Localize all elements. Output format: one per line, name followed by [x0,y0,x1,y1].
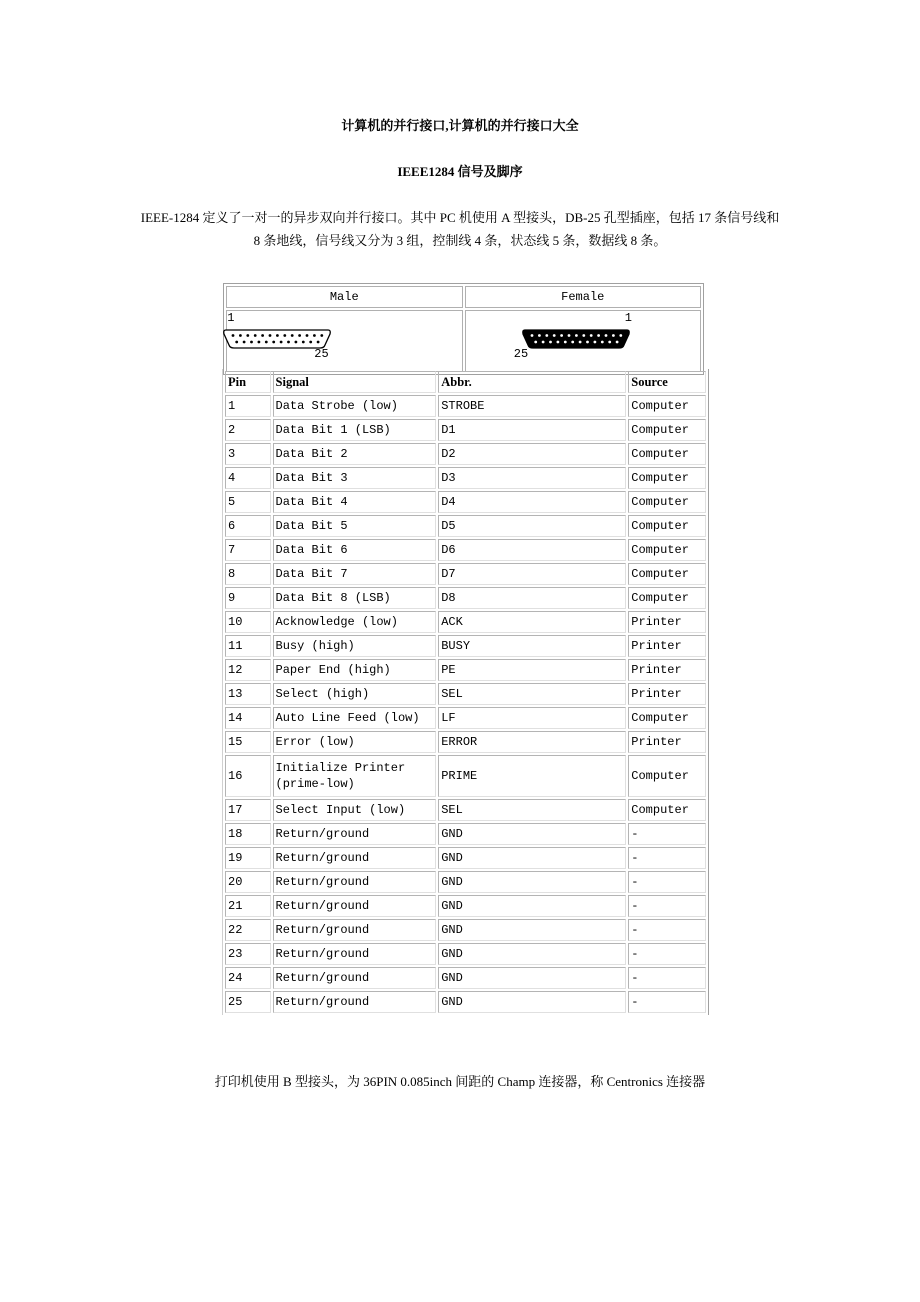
table-row: 2Data Bit 1 (LSB)D1Computer [225,419,706,441]
female-connector-cell: 1 25 [465,310,702,372]
abbr-cell: D4 [438,491,626,513]
pin-cell: 24 [225,967,271,989]
signal-cell: Acknowledge (low) [273,611,437,633]
source-cell: Printer [628,731,706,753]
abbr-cell: D3 [438,467,626,489]
pin-cell: 13 [225,683,271,705]
table-row: 20Return/groundGND- [225,871,706,893]
table-row: 14Auto Line Feed (low)LFComputer [225,707,706,729]
abbr-cell: SEL [438,683,626,705]
pin-cell: 6 [225,515,271,537]
signal-cell: Return/ground [273,847,437,869]
source-cell: Computer [628,755,706,797]
intro-paragraph: IEEE-1284 定义了一对一的异步双向并行接口。其中 PC 机使用 A 型接… [140,206,780,252]
source-cell: - [628,823,706,845]
signal-cell: Paper End (high) [273,659,437,681]
pin-cell: 10 [225,611,271,633]
table-row: 17Select Input (low)SELComputer [225,799,706,821]
source-cell: - [628,871,706,893]
table-row: 12Paper End (high)PEPrinter [225,659,706,681]
pin-cell: 8 [225,563,271,585]
source-cell: Printer [628,635,706,657]
abbr-cell: D2 [438,443,626,465]
source-cell: Computer [628,467,706,489]
section-heading: IEEE1284 信号及脚序 [0,161,920,180]
signal-cell: Return/ground [273,919,437,941]
pin-cell: 20 [225,871,271,893]
source-cell: - [628,895,706,917]
source-cell: - [628,847,706,869]
signal-cell: Initialize Printer (prime-low) [273,755,437,797]
pin-cell: 1 [225,395,271,417]
signal-cell: Data Bit 1 (LSB) [273,419,437,441]
table-row: 8Data Bit 7D7Computer [225,563,706,585]
female-pin-last-label: 25 [514,347,528,361]
table-row: 15Error (low)ERRORPrinter [225,731,706,753]
source-cell: Computer [628,539,706,561]
table-row: 11Busy (high)BUSYPrinter [225,635,706,657]
pin-cell: 18 [225,823,271,845]
source-cell: Computer [628,799,706,821]
table-row: 5Data Bit 4D4Computer [225,491,706,513]
source-cell: Computer [628,491,706,513]
signal-cell: Select (high) [273,683,437,705]
pin-cell: 4 [225,467,271,489]
pin-cell: 5 [225,491,271,513]
table-row: 7Data Bit 6D6Computer [225,539,706,561]
signal-cell: Data Bit 2 [273,443,437,465]
abbr-cell: D7 [438,563,626,585]
signal-cell: Return/ground [273,967,437,989]
pin-cell: 7 [225,539,271,561]
pin-cell: 23 [225,943,271,965]
pin-cell: 12 [225,659,271,681]
pin-cell: 11 [225,635,271,657]
source-cell: - [628,919,706,941]
source-cell: - [628,943,706,965]
signal-cell: Return/ground [273,943,437,965]
female-header: Female [465,286,702,308]
col-header-source: Source [628,371,706,393]
signal-cell: Data Bit 6 [273,539,437,561]
abbr-cell: D6 [438,539,626,561]
pin-cell: 22 [225,919,271,941]
table-row: 9Data Bit 8 (LSB)D8Computer [225,587,706,609]
signal-cell: Return/ground [273,895,437,917]
source-cell: Printer [628,683,706,705]
abbr-cell: SEL [438,799,626,821]
signal-cell: Auto Line Feed (low) [273,707,437,729]
abbr-cell: PE [438,659,626,681]
table-row: 1Data Strobe (low)STROBEComputer [225,395,706,417]
source-cell: Computer [628,707,706,729]
abbr-cell: GND [438,823,626,845]
signal-cell: Data Bit 5 [273,515,437,537]
table-row: 18Return/groundGND- [225,823,706,845]
source-cell: - [628,967,706,989]
pin-cell: 2 [225,419,271,441]
signal-cell: Data Bit 8 (LSB) [273,587,437,609]
table-row: 19Return/groundGND- [225,847,706,869]
source-cell: Computer [628,563,706,585]
source-cell: Computer [628,587,706,609]
abbr-cell: D8 [438,587,626,609]
abbr-cell: GND [438,967,626,989]
abbr-cell: GND [438,943,626,965]
abbr-cell: STROBE [438,395,626,417]
table-row: 6Data Bit 5D5Computer [225,515,706,537]
signal-cell: Data Bit 3 [273,467,437,489]
source-cell: Computer [628,395,706,417]
table-row: 21Return/groundGND- [225,895,706,917]
abbr-cell: GND [438,895,626,917]
abbr-cell: D1 [438,419,626,441]
pin-cell: 9 [225,587,271,609]
male-pin-first-label: 1 [227,311,234,325]
signal-cell: Data Bit 7 [273,563,437,585]
col-header-signal: Signal [273,371,437,393]
male-header: Male [226,286,463,308]
table-row: 22Return/groundGND- [225,919,706,941]
db25-female-icon [521,328,631,350]
col-header-pin: Pin [225,371,271,393]
pin-cell: 25 [225,991,271,1013]
abbr-cell: D5 [438,515,626,537]
table-row: 4Data Bit 3D3Computer [225,467,706,489]
connector-diagram-table: Male Female 1 25 1 25 [223,283,704,375]
signal-cell: Error (low) [273,731,437,753]
source-cell: Computer [628,515,706,537]
abbr-cell: BUSY [438,635,626,657]
pin-cell: 16 [225,755,271,797]
signal-cell: Busy (high) [273,635,437,657]
male-pin-last-label: 25 [314,347,328,361]
footer-paragraph: 打印机使用 B 型接头，为 36PIN 0.085inch 间距的 Champ … [0,1071,920,1090]
table-row: 3Data Bit 2D2Computer [225,443,706,465]
abbr-cell: LF [438,707,626,729]
pin-cell: 17 [225,799,271,821]
table-row: 25Return/groundGND- [225,991,706,1013]
abbr-cell: ERROR [438,731,626,753]
document-title: 计算机的并行接口,计算机的并行接口大全 [0,115,920,134]
abbr-cell: PRIME [438,755,626,797]
male-connector: 1 25 [219,313,349,369]
abbr-cell: GND [438,991,626,1013]
col-header-abbr: Abbr. [438,371,626,393]
table-row: 23Return/groundGND- [225,943,706,965]
table-row: 13Select (high)SELPrinter [225,683,706,705]
abbr-cell: GND [438,847,626,869]
signal-cell: Data Strobe (low) [273,395,437,417]
pin-cell: 19 [225,847,271,869]
pin-cell: 15 [225,731,271,753]
signal-cell: Select Input (low) [273,799,437,821]
signal-cell: Data Bit 4 [273,491,437,513]
table-row: 24Return/groundGND- [225,967,706,989]
female-connector: 1 25 [513,313,643,369]
abbr-cell: GND [438,919,626,941]
signal-cell: Return/ground [273,871,437,893]
female-pin-first-label: 1 [625,311,632,325]
source-cell: Computer [628,419,706,441]
abbr-cell: ACK [438,611,626,633]
source-cell: - [628,991,706,1013]
source-cell: Printer [628,659,706,681]
pin-cell: 3 [225,443,271,465]
source-cell: Computer [628,443,706,465]
signal-cell: Return/ground [273,823,437,845]
table-row: 16Initialize Printer (prime-low)PRIMECom… [225,755,706,797]
pin-table-header-row: Pin Signal Abbr. Source [225,371,706,393]
male-connector-cell: 1 25 [226,310,463,372]
pin-table: Pin Signal Abbr. Source 1Data Strobe (lo… [222,369,709,1015]
pin-cell: 21 [225,895,271,917]
pin-cell: 14 [225,707,271,729]
source-cell: Printer [628,611,706,633]
signal-cell: Return/ground [273,991,437,1013]
table-row: 10Acknowledge (low)ACKPrinter [225,611,706,633]
abbr-cell: GND [438,871,626,893]
